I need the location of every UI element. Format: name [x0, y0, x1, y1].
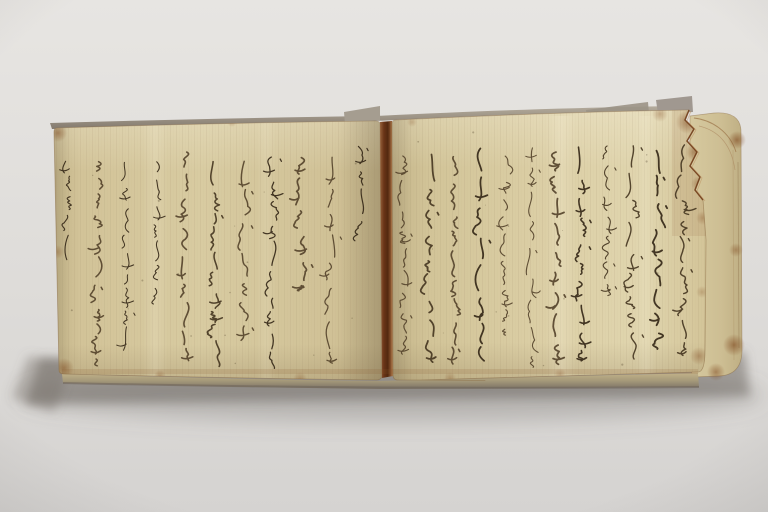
ink-speck	[313, 354, 314, 355]
ink-speck	[454, 332, 456, 334]
ink-speck	[141, 279, 143, 281]
ink-speck	[234, 226, 235, 227]
ink-speck	[472, 131, 474, 133]
stack-stain-mid	[729, 243, 743, 257]
ink-speck	[177, 273, 179, 275]
ink-speck	[351, 318, 352, 319]
right-bright-streak-1	[546, 116, 576, 378]
ink-speck	[127, 308, 128, 309]
ink-speck	[92, 175, 93, 176]
ink-speck	[264, 192, 265, 193]
ink-speck	[229, 292, 231, 294]
manuscript-photo	[0, 0, 768, 512]
ink-speck	[563, 298, 565, 300]
ink-speck	[621, 364, 623, 366]
ink-speck	[355, 163, 357, 165]
ink-speck	[224, 334, 226, 336]
stack-stain-bottom	[723, 334, 745, 356]
ink-speck	[543, 365, 544, 366]
ink-speck	[485, 205, 486, 206]
bottom-waterline-stain	[62, 369, 698, 374]
ink-speck	[562, 230, 563, 231]
stack-stain-top	[728, 131, 746, 149]
ink-speck	[443, 333, 444, 334]
ink-speck	[495, 311, 496, 312]
ink-speck	[646, 160, 648, 162]
ink-speck	[247, 261, 249, 263]
ink-speck	[71, 309, 73, 311]
ink-speck	[190, 335, 192, 337]
right-bright-streak-2	[636, 116, 656, 378]
ink-speck	[158, 200, 160, 202]
right-page-shading	[390, 106, 710, 386]
book	[49, 96, 746, 389]
ink-speck	[646, 154, 647, 155]
ink-speck	[432, 248, 433, 249]
ink-speck	[657, 272, 659, 274]
ink-speck	[235, 363, 237, 365]
ink-speck	[508, 226, 509, 227]
stack-stain-corner	[707, 363, 725, 381]
photograph-scene	[0, 0, 768, 512]
ink-speck	[508, 315, 510, 317]
ink-speck	[417, 141, 419, 143]
left-bright-streak-1	[142, 120, 168, 378]
